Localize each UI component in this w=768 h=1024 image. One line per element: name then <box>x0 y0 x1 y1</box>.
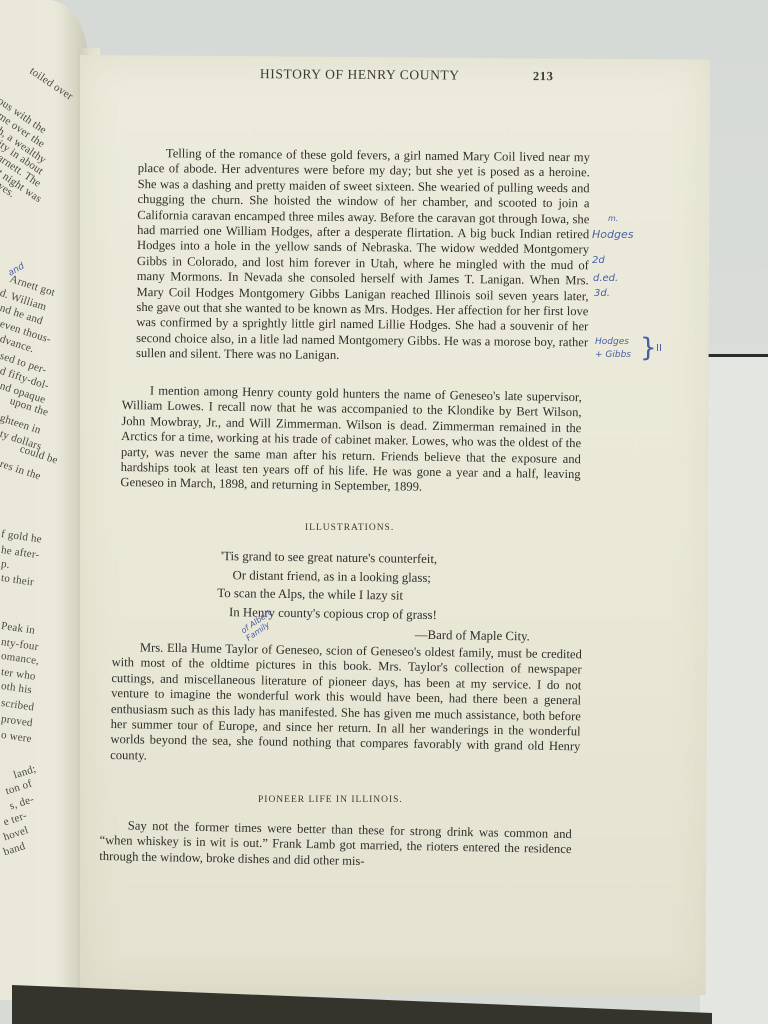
paragraph-william-lowes: I mention among Henry county gold hunter… <box>120 383 582 498</box>
section-heading-pioneer-life: PIONEER LIFE IN ILLINOIS. <box>258 795 403 805</box>
facing-page-line: f gold he <box>0 528 42 546</box>
facing-page-line: to their <box>0 572 34 588</box>
facing-page-line: oth his <box>0 680 32 696</box>
facing-page: toiled overous with theme over theh, a w… <box>0 0 88 1000</box>
facing-page-line: Peak in <box>0 620 35 637</box>
body-text-4: Say not the former times were better tha… <box>99 818 572 873</box>
section-heading-illustrations: ILLUSTRATIONS. <box>305 523 394 533</box>
body-text-2: I mention among Henry county gold hunter… <box>120 383 582 498</box>
handwritten-note-died: d.ed. <box>593 273 618 284</box>
table-edge <box>700 354 768 357</box>
handwritten-note-hodges: Hodges <box>592 228 633 241</box>
handwritten-note-3d: 3d. <box>594 288 610 299</box>
handwritten-brace-icon: } <box>640 333 657 363</box>
paragraph-pioneer-life: Say not the former times were better tha… <box>99 818 572 873</box>
body-text-3: Mrs. Ella Hume Taylor of Geneseo, scion … <box>110 640 582 771</box>
facing-page-line: o were <box>0 729 32 745</box>
handwritten-note-hodges-gibbs: Hodges + Gibbs <box>595 336 639 362</box>
handwritten-note-superscript: m. <box>608 214 618 223</box>
background-surface-lower <box>700 355 768 1024</box>
handwritten-note-roman-two: II <box>656 343 662 354</box>
handwritten-note-2d: 2d <box>592 255 605 266</box>
poem: 'Tis grand to see great nature's counter… <box>217 547 578 647</box>
facing-page-line: res in the <box>0 458 42 482</box>
facing-page-line: scribed <box>0 697 35 713</box>
page-number: 213 <box>533 69 554 84</box>
paragraph-ella-hume-taylor: Mrs. Ella Hume Taylor of Geneseo, scion … <box>110 640 582 771</box>
facing-page-line: p. <box>0 558 10 571</box>
running-head-title: HISTORY OF HENRY COUNTY <box>260 66 460 83</box>
body-text-1: Telling of the romance of these gold fev… <box>136 146 590 366</box>
facing-page-line: proved <box>0 713 33 729</box>
paragraph-mary-coil: Telling of the romance of these gold fev… <box>136 146 590 366</box>
